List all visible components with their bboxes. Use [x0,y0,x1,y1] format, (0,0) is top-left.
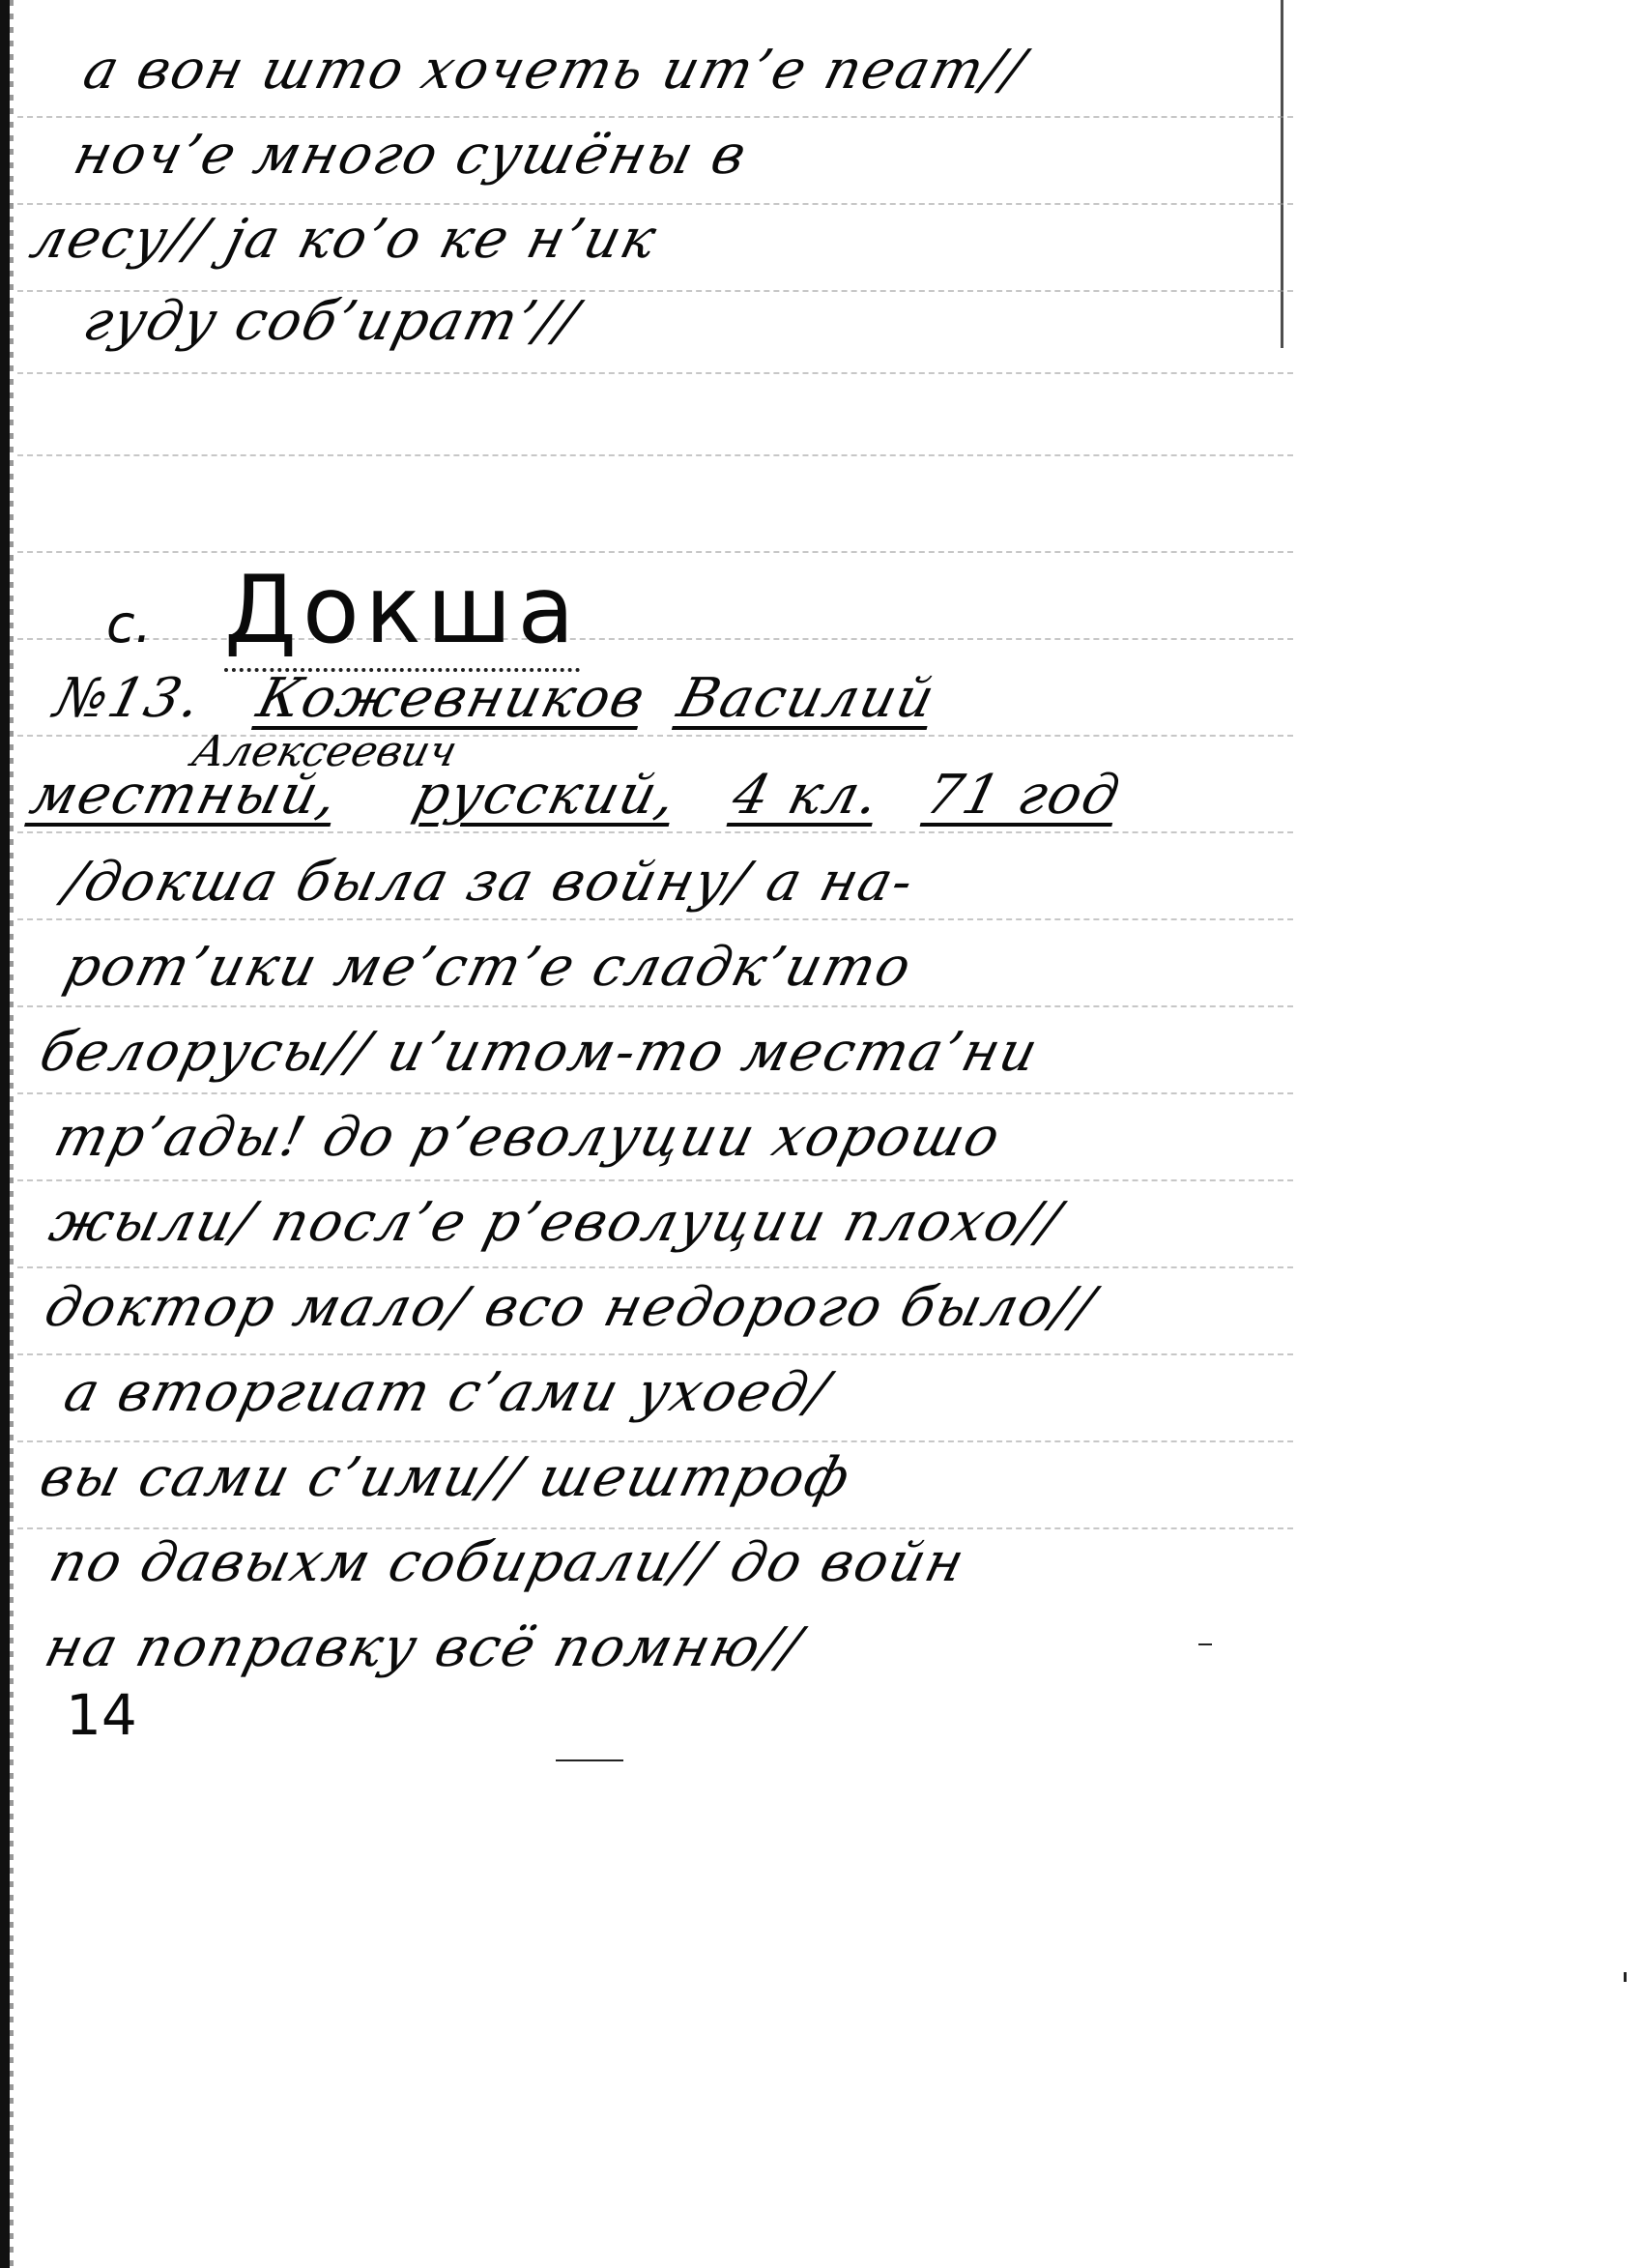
handwritten-line: гуду соб’ират’// [77,290,586,353]
ruled-line [17,1092,1293,1094]
handwritten-line: /докша была за войну/ а на- [58,851,921,914]
informant-nationality: русский, [407,764,684,827]
handwritten-line: по давыхм собирали// до войн [43,1531,972,1594]
ruled-line [17,454,1293,456]
ruled-line [17,1266,1293,1268]
page-number: 14 [66,1682,137,1748]
informant-number: №13. [48,667,209,730]
handwritten-line: тр’ады! до р’еволуции хорошо [48,1106,1008,1169]
informant-surname: Кожевников [251,667,652,730]
informant-details-line: местный, русский, 4 кл. 71 год [24,764,1127,827]
informant-age: 71 год [920,764,1128,827]
informant-status: местный, [24,764,346,827]
page-fold-edge [1281,0,1283,348]
village-name: Докша [224,556,580,672]
handwritten-line: на поправку всё помню// [39,1616,809,1679]
handwritten-line: жыли/ посл’е р’еволуции плохо// [43,1191,1068,1254]
handwritten-line: белорусы// и’итом-то места’ни [34,1021,1046,1084]
informant-line: №13. Кожевников Василий [48,667,942,730]
handwritten-line: ноч’е много сушёны в [68,124,754,187]
ruled-line [17,831,1293,833]
village-heading: с. Докша [106,556,580,664]
informant-education: 4 кл. [726,764,887,827]
scan-mark [556,1759,623,1761]
ruled-line [17,1005,1293,1007]
ruled-line [17,1440,1293,1442]
scan-left-border [0,0,10,2268]
scan-left-border-shadow [10,0,14,2268]
ruled-line [17,918,1293,920]
handwritten-line: рот’ики ме’ст’е сладк’ито [58,936,919,999]
informant-first-name: Василий [672,667,942,730]
scan-mark [1624,1972,1627,1982]
ruled-line [17,1353,1293,1355]
ruled-line [17,551,1293,553]
ruled-line [17,1527,1293,1529]
village-prefix: с. [106,594,152,654]
handwritten-line: доктор мало/ всо недорого было// [39,1276,1102,1339]
scanned-page: а вон што хочеть ит’е пеат// ноч’е много… [0,0,1643,2268]
handwritten-line: а вторгиат с’ами ухоед/ [58,1361,836,1424]
scan-mark [1198,1643,1212,1645]
ruled-line [17,203,1293,205]
handwritten-line: лесу// ја ко’о ке н’ик [24,208,664,271]
handwritten-line: вы сами с’ими// шештроф [34,1446,857,1509]
handwritten-line: а вон што хочеть ит’е пеат// [77,39,1032,102]
ruled-line [17,116,1293,118]
ruled-line [17,372,1293,374]
ruled-line [17,1179,1293,1181]
